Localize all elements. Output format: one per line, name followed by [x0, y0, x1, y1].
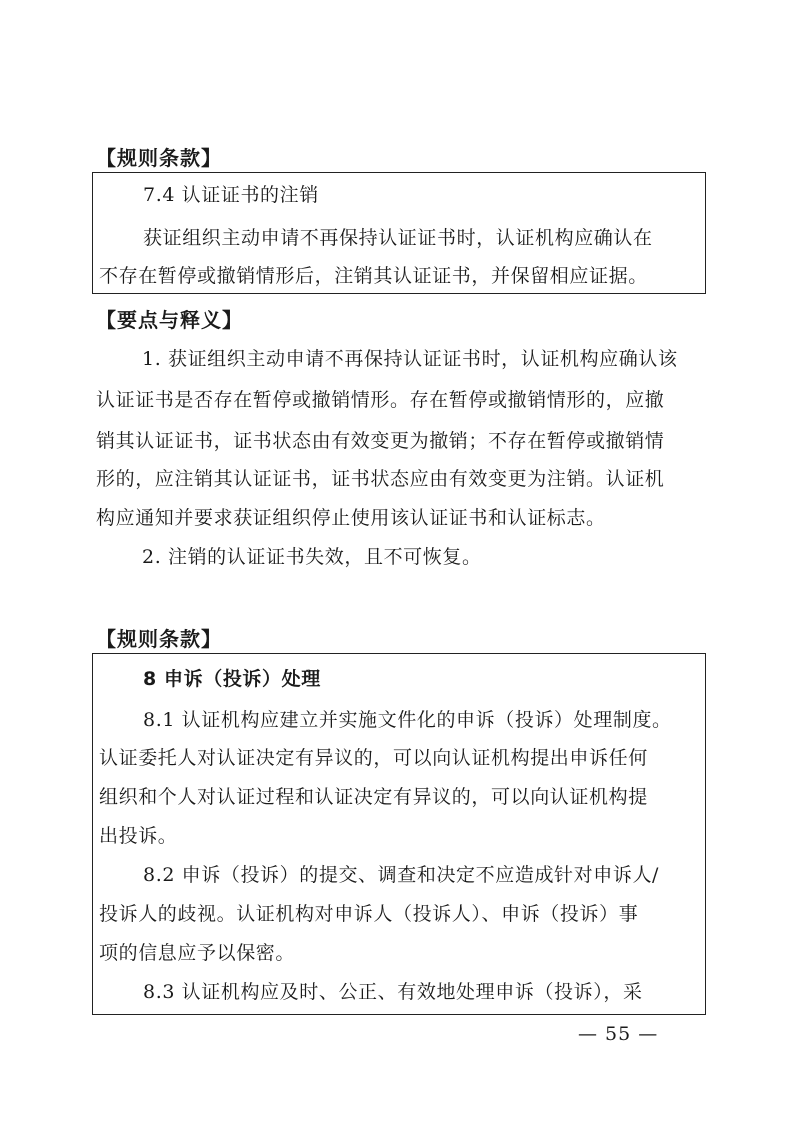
section-heading-rule-clause: 【规则条款】 [96, 146, 222, 170]
clause-text-line: 项的信息应予以保密。 [99, 941, 295, 965]
clause-text-line: 出投诉。 [99, 824, 177, 848]
clause-text-line: 8.1 认证机构应建立并实施文件化的申诉（投诉）处理制度。 [143, 708, 672, 732]
section-heading-key-points: 【要点与释义】 [96, 308, 243, 332]
clause-text-line: 8.2 申诉（投诉）的提交、调查和决定不应造成针对申诉人/ [143, 863, 659, 887]
clause-text-line: 认证委托人对认证决定有异议的，可以向认证机构提出申诉任何 [99, 746, 648, 770]
rule-clause-box-8: 8 申诉（投诉）处理 8.1 认证机构应建立并实施文件化的申诉（投诉）处理制度。… [92, 653, 706, 1015]
rule-clause-box-7-4: 7.4 认证证书的注销 获证组织主动申请不再保持认证证书时，认证机构应确认在 不… [92, 172, 706, 294]
interpretation-line: 2. 注销的认证证书失效，且不可恢复。 [142, 545, 482, 569]
section-heading-rule-clause: 【规则条款】 [96, 627, 222, 651]
clause-text-line: 不存在暂停或撤销情形后，注销其认证证书，并保留相应证据。 [99, 264, 648, 288]
interpretation-line: 认证证书是否存在暂停或撤销情形。存在暂停或撤销情形的，应撤 [96, 388, 664, 412]
interpretation-line: 销其认证证书，证书状态由有效变更为撤销；不存在暂停或撤销情 [96, 429, 664, 453]
interpretation-line: 形的，应注销其认证证书，证书状态应由有效变更为注销。认证机 [96, 467, 664, 491]
interpretation-line: 构应通知并要求获证组织停止使用该认证证书和认证标志。 [96, 506, 606, 530]
clause-title-7-4: 7.4 认证证书的注销 [143, 183, 319, 207]
clause-text-line: 8.3 认证机构应及时、公正、有效地处理申诉（投诉），采 [143, 980, 643, 1004]
page-number: — 55 — [578, 1022, 658, 1046]
clause-title-8: 8 申诉（投诉）处理 [143, 667, 321, 691]
interpretation-line: 1. 获证组织主动申请不再保持认证证书时，认证机构应确认该 [142, 347, 678, 371]
clause-text-line: 投诉人的歧视。认证机构对申诉人（投诉人）、申诉（投诉）事 [99, 902, 638, 926]
clause-text-line: 组织和个人对认证过程和认证决定有异议的，可以向认证机构提 [99, 785, 648, 809]
clause-text-line: 获证组织主动申请不再保持认证证书时，认证机构应确认在 [143, 226, 653, 250]
